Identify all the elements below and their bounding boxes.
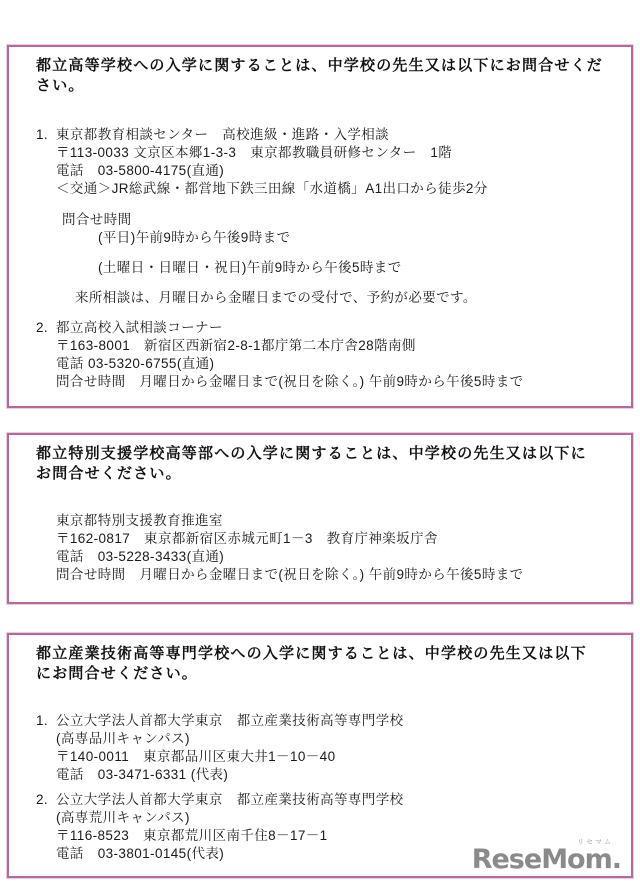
contact-name: 公立大学法人首都大学東京 都立産業技術高等専門学校 — [56, 791, 617, 809]
item-number: 1. — [36, 126, 48, 144]
box3-heading-line1: 都立産業技術高等専門学校への入学に関することは、中学校の先生又は以下 — [36, 645, 587, 662]
hours-holiday: (土曜日・日曜日・祝日)午前9時から午後5時まで — [98, 259, 617, 277]
item-number: 2. — [36, 319, 48, 337]
box-special-support-school: 都立特別支援学校高等部への入学に関することは、中学校の先生又は以下にお問合せくだ… — [7, 433, 633, 604]
contact-access: ＜交通＞JR総武線・都営地下鉄三田線「水道橋」A1出口から徒歩2分 — [56, 180, 617, 198]
contact-item-special-support-office: 東京都特別支援教育推進室 〒162-0817 東京都新宿区赤城元町1－3 教育庁… — [56, 512, 617, 584]
box-metropolitan-high-school: 都立高等学校への入学に関することは、中学校の先生又は以下にお問合せください。 1… — [7, 45, 633, 408]
contact-campus: (高専品川キャンパス) — [56, 730, 617, 748]
contact-name: 東京都教育相談センター 高校進級・進路・入学相談 — [56, 126, 617, 144]
box1-heading: 都立高等学校への入学に関することは、中学校の先生又は以下にお問合せください。 — [36, 56, 611, 96]
contact-item-shinagawa-campus: 1. 公立大学法人首都大学東京 都立産業技術高等専門学校 (高専品川キャンパス)… — [36, 712, 617, 784]
contact-name: 都立高校入試相談コーナー — [56, 319, 617, 337]
contact-item-exam-consultation-corner: 2. 都立高校入試相談コーナー 〒163-8001 新宿区西新宿2-8-1都庁第… — [36, 319, 617, 391]
item-number: 2. — [36, 791, 48, 809]
resemom-logo: リセマム ReseMom. — [472, 839, 621, 873]
box2-heading: 都立特別支援学校高等部への入学に関することは、中学校の先生又は以下にお問合せくだ… — [36, 444, 611, 484]
contact-phone: 電話 03-5228-3433(直通) — [56, 548, 617, 566]
item-number: 1. — [36, 712, 48, 730]
box1-heading-line1: 都立高等学校への入学に関することは、中学校の先生又は以下にお問合せくだ — [36, 57, 603, 74]
contact-address: 〒162-0817 東京都新宿区赤城元町1－3 教育庁神楽坂庁舎 — [56, 530, 617, 548]
notice-page: 都立高等学校への入学に関することは、中学校の先生又は以下にお問合せください。 1… — [0, 0, 640, 887]
resemom-logo-text: ReseMom. — [472, 844, 621, 875]
contact-address: 〒140-0011 東京都品川区東大井1－10－40 — [56, 748, 617, 766]
contact-campus: (高専荒川キャンパス) — [56, 809, 617, 827]
contact-address: 〒163-8001 新宿区西新宿2-8-1都庁第二本庁舎28階南側 — [56, 337, 617, 355]
box-industrial-technical-college: 都立産業技術高等専門学校への入学に関することは、中学校の先生又は以下にお問合せく… — [7, 633, 633, 878]
contact-hours: 問合せ時間 月曜日から金曜日まで(祝日を除く。) 午前9時から午後5時まで — [56, 566, 617, 584]
box2-heading-line1: 都立特別支援学校高等部への入学に関することは、中学校の先生又は以下に — [36, 445, 587, 462]
contact-phone: 電話 03-5320-6755(直通) — [56, 355, 617, 373]
contact-hours: 問合せ時間 月曜日から金曜日まで(祝日を除く。) 午前9時から午後5時まで — [56, 373, 617, 391]
box3-heading-line2: にお問合せください。 — [36, 665, 198, 682]
box3-heading: 都立産業技術高等専門学校への入学に関することは、中学校の先生又は以下にお問合せく… — [36, 644, 611, 684]
contact-phone: 電話 03-3471-6331 (代表) — [56, 766, 617, 784]
contact-name: 公立大学法人首都大学東京 都立産業技術高等専門学校 — [56, 712, 617, 730]
contact-phone: 電話 03-5800-4175(直通) — [56, 162, 617, 180]
box2-heading-line2: お問合せください。 — [36, 465, 182, 482]
contact-address: 〒113-0033 文京区本郷1-3-3 東京都教職員研修センター 1階 — [56, 144, 617, 162]
hours-weekday: (平日)午前9時から午後9時まで — [98, 229, 617, 247]
visit-note: 来所相談は、月曜日から金曜日までの受付で、予約が必要です。 — [75, 289, 617, 307]
contact-name: 東京都特別支援教育推進室 — [56, 512, 617, 530]
hours-label: 問合せ時間 — [62, 211, 617, 229]
box1-heading-line2: さい。 — [36, 77, 85, 94]
contact-item-education-center: 1. 東京都教育相談センター 高校進級・進路・入学相談 〒113-0033 文京… — [36, 126, 617, 307]
